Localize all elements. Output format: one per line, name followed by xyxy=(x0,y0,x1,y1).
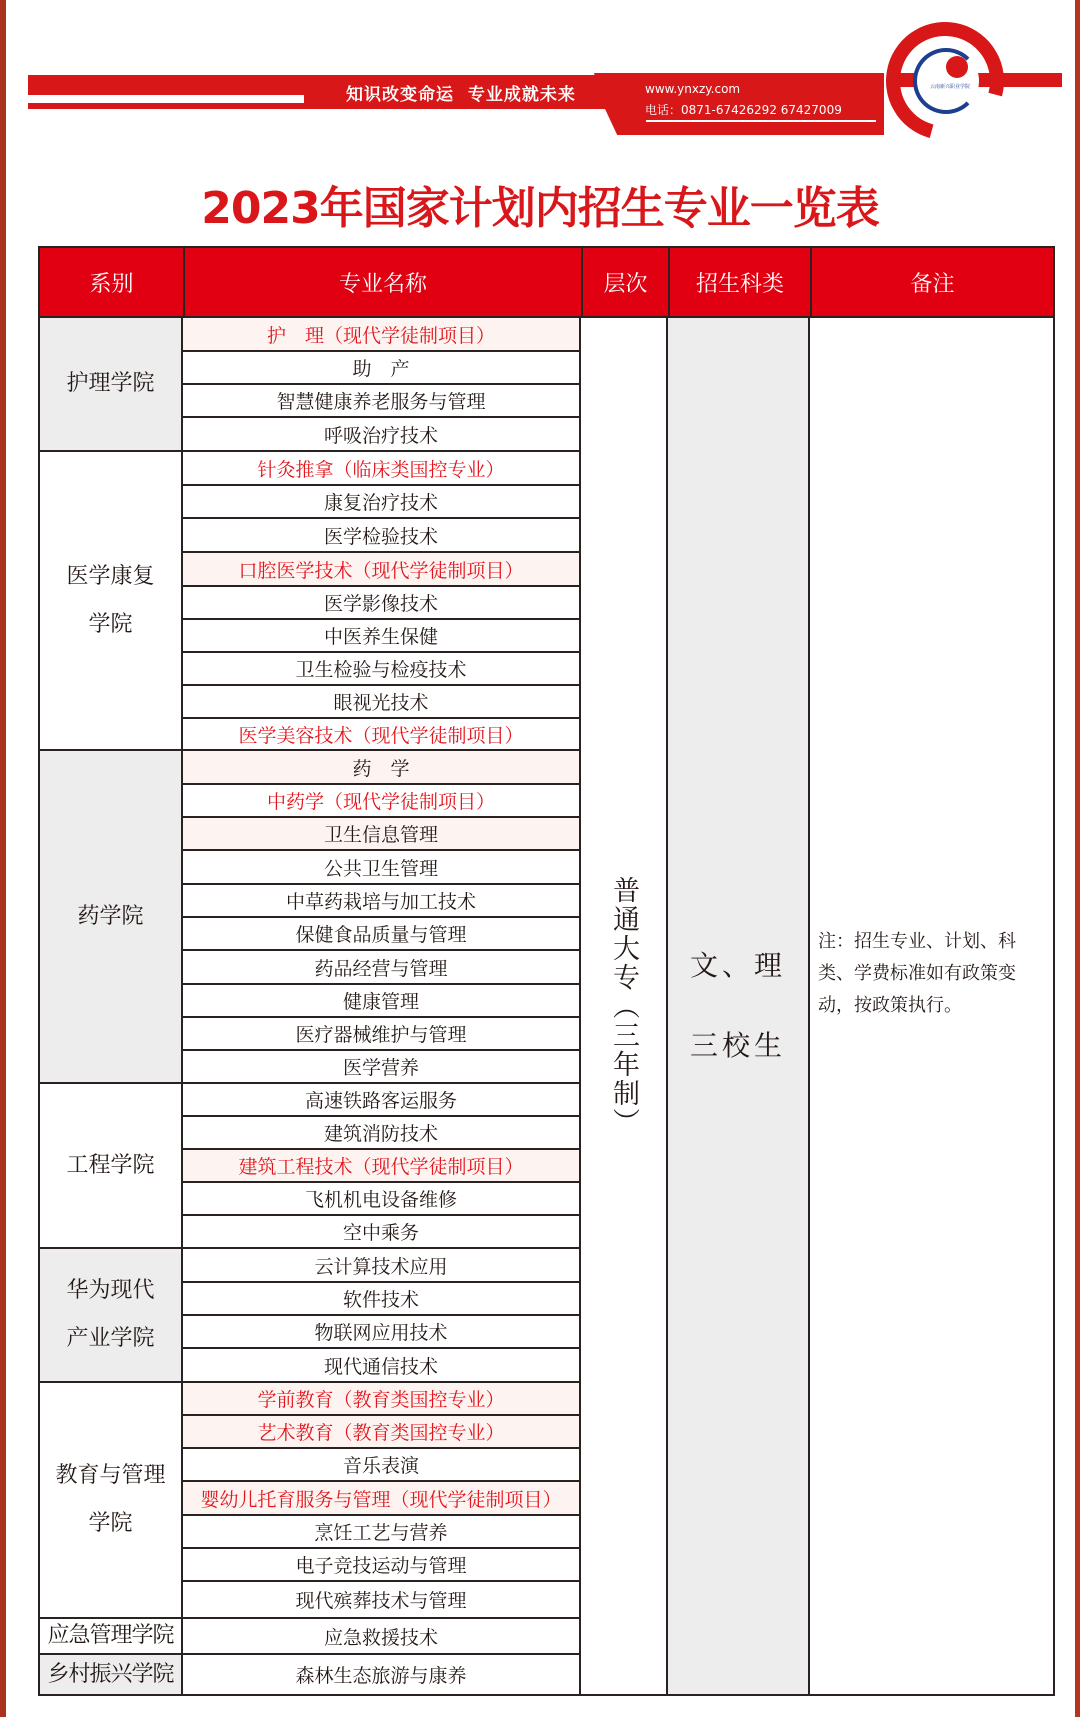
major-row: 物联网应用技术 xyxy=(183,1316,581,1349)
major-name: 医学美容技术（现代学徒制项目） xyxy=(238,721,523,748)
major-name: 健康管理 xyxy=(343,987,419,1014)
banner-stripe xyxy=(28,95,304,103)
dept-engineering: 工程学院 xyxy=(38,1084,183,1249)
major-name: 建筑消防技术 xyxy=(324,1119,438,1146)
major-name: 卫生检验与检疫技术 xyxy=(295,655,466,682)
major-row: 现代殡葬技术与管理 xyxy=(183,1582,581,1619)
major-name: 中医养生保健 xyxy=(324,622,438,649)
major-name: 森林生态旅游与康养 xyxy=(295,1661,466,1688)
major-name: 公共卫生管理 xyxy=(324,854,438,881)
major-name: 护 理（现代学徒制项目） xyxy=(267,321,495,348)
major-row: 空中乘务 xyxy=(183,1216,581,1249)
major-row: 艺术教育（教育类国控专业） xyxy=(183,1416,581,1449)
major-row: 保健食品质量与管理 xyxy=(183,918,581,951)
level-cell: 普通大专（三年制） xyxy=(581,318,668,1696)
major-row: 药品经营与管理 xyxy=(183,951,581,985)
major-row: 建筑消防技术 xyxy=(183,1117,581,1150)
major-name: 药 学 xyxy=(352,754,409,781)
major-name: 药品经营与管理 xyxy=(314,954,447,981)
logo-text: 云南新兴职业学院 xyxy=(920,83,980,90)
major-name: 空中乘务 xyxy=(343,1218,419,1245)
level-text: 普通大专（三年制） xyxy=(604,876,643,1137)
major-row: 卫生信息管理 xyxy=(183,818,581,851)
major-row: 医学营养 xyxy=(183,1051,581,1084)
major-row: 学前教育（教育类国控专业） xyxy=(183,1383,581,1416)
major-name: 云计算技术应用 xyxy=(314,1252,447,1279)
major-name: 卫生信息管理 xyxy=(324,820,438,847)
remarks-cell: 注：招生专业、计划、科类、学费标准如有政策变动，按政策执行。 xyxy=(810,318,1055,1696)
major-name: 中草药栽培与加工技术 xyxy=(286,887,476,914)
category-line-2: 三校生 xyxy=(690,1006,786,1086)
page-left-border xyxy=(0,0,6,1717)
major-row: 云计算技术应用 xyxy=(183,1249,581,1283)
major-row: 中药学（现代学徒制项目） xyxy=(183,785,581,818)
major-name: 口腔医学技术（现代学徒制项目） xyxy=(238,556,523,583)
major-row: 建筑工程技术（现代学徒制项目） xyxy=(183,1150,581,1183)
remarks-text: 注：招生专业、计划、科类、学费标准如有政策变动，按政策执行。 xyxy=(818,931,1016,1016)
major-name: 电子竞技运动与管理 xyxy=(295,1551,466,1578)
major-row: 针灸推拿（临床类国控专业） xyxy=(183,452,581,486)
major-name: 现代通信技术 xyxy=(324,1352,438,1379)
major-name: 烹饪工艺与营养 xyxy=(314,1518,447,1545)
dept-emergency: 应急管理学院 xyxy=(38,1619,183,1655)
dept-rural: 乡村振兴学院 xyxy=(38,1655,183,1696)
category-cell: 文、理 三校生 xyxy=(668,318,810,1696)
major-row: 卫生检验与检疫技术 xyxy=(183,653,581,686)
major-row: 公共卫生管理 xyxy=(183,851,581,885)
major-name: 现代殡葬技术与管理 xyxy=(295,1586,466,1613)
major-name: 眼视光技术 xyxy=(333,688,428,715)
major-row: 软件技术 xyxy=(183,1283,581,1316)
major-row: 应急救援技术 xyxy=(183,1619,581,1655)
major-name: 医学营养 xyxy=(343,1053,419,1080)
major-name: 中药学（现代学徒制项目） xyxy=(267,787,495,814)
major-name: 物联网应用技术 xyxy=(314,1318,447,1345)
major-row: 飞机机电设备维修 xyxy=(183,1183,581,1216)
banner-slogan: 知识改变命运 专业成就未来 xyxy=(346,80,576,105)
header-category: 招生科类 xyxy=(668,246,810,318)
major-name: 高速铁路客运服务 xyxy=(305,1086,457,1113)
major-name: 飞机机电设备维修 xyxy=(305,1185,457,1212)
major-row: 森林生态旅游与康养 xyxy=(183,1655,581,1696)
major-name: 艺术教育（教育类国控专业） xyxy=(257,1418,504,1445)
major-row: 现代通信技术 xyxy=(183,1349,581,1383)
major-row: 口腔医学技术（现代学徒制项目） xyxy=(183,553,581,587)
major-name: 软件技术 xyxy=(343,1285,419,1312)
major-name: 呼吸治疗技术 xyxy=(324,421,438,448)
website-url[interactable]: www.ynxzy.com xyxy=(645,82,740,96)
major-row: 呼吸治疗技术 xyxy=(183,418,581,452)
major-name: 建筑工程技术（现代学徒制项目） xyxy=(238,1152,523,1179)
major-row: 中草药栽培与加工技术 xyxy=(183,885,581,918)
major-row: 眼视光技术 xyxy=(183,686,581,719)
major-row: 智慧健康养老服务与管理 xyxy=(183,385,581,418)
major-name: 音乐表演 xyxy=(343,1451,419,1478)
major-row: 健康管理 xyxy=(183,985,581,1018)
header-department: 系别 xyxy=(38,246,183,318)
major-row: 音乐表演 xyxy=(183,1449,581,1482)
dept-pharmacy: 药学院 xyxy=(38,751,183,1084)
page-title: 2023年国家计划内招生专业一览表 xyxy=(0,172,1080,236)
header-level: 层次 xyxy=(581,246,668,318)
phone-number: 电话：0871-67426292 67427009 xyxy=(645,101,842,118)
major-row: 医疗器械维护与管理 xyxy=(183,1018,581,1051)
major-name: 康复治疗技术 xyxy=(324,488,438,515)
dept-education-management: 教育与管理学院 xyxy=(38,1383,183,1619)
college-logo-icon xyxy=(913,48,979,114)
major-name: 医学检验技术 xyxy=(324,522,438,549)
major-name: 助 产 xyxy=(352,354,409,381)
major-name: 医疗器械维护与管理 xyxy=(295,1020,466,1047)
major-row: 婴幼儿托育服务与管理（现代学徒制项目） xyxy=(183,1482,581,1516)
logo-book-icon xyxy=(946,56,968,78)
major-row: 高速铁路客运服务 xyxy=(183,1084,581,1117)
header-major: 专业名称 xyxy=(183,246,581,318)
major-name: 保健食品质量与管理 xyxy=(295,920,466,947)
major-name: 医学影像技术 xyxy=(324,589,438,616)
major-row: 护 理（现代学徒制项目） xyxy=(183,318,581,352)
page-right-border xyxy=(1075,0,1080,1717)
major-name: 针灸推拿（临床类国控专业） xyxy=(257,455,504,482)
major-name: 学前教育（教育类国控专业） xyxy=(257,1385,504,1412)
major-row: 康复治疗技术 xyxy=(183,486,581,519)
dept-nursing: 护理学院 xyxy=(38,318,183,452)
banner-underline xyxy=(646,120,876,122)
major-row: 医学影像技术 xyxy=(183,587,581,620)
major-row: 中医养生保健 xyxy=(183,620,581,653)
major-row: 医学美容技术（现代学徒制项目） xyxy=(183,719,581,751)
dept-medical-rehab: 医学康复学院 xyxy=(38,452,183,751)
major-row: 助 产 xyxy=(183,352,581,385)
major-row: 烹饪工艺与营养 xyxy=(183,1516,581,1549)
major-row: 医学检验技术 xyxy=(183,519,581,553)
major-row: 电子竞技运动与管理 xyxy=(183,1549,581,1582)
category-line-1: 文、理 xyxy=(690,926,786,1006)
header-remarks: 备注 xyxy=(810,246,1055,318)
dept-huawei: 华为现代产业学院 xyxy=(38,1249,183,1383)
major-name: 应急救援技术 xyxy=(324,1623,438,1650)
major-row: 药 学 xyxy=(183,751,581,785)
major-name: 婴幼儿托育服务与管理（现代学徒制项目） xyxy=(200,1485,561,1512)
major-name: 智慧健康养老服务与管理 xyxy=(276,387,485,414)
